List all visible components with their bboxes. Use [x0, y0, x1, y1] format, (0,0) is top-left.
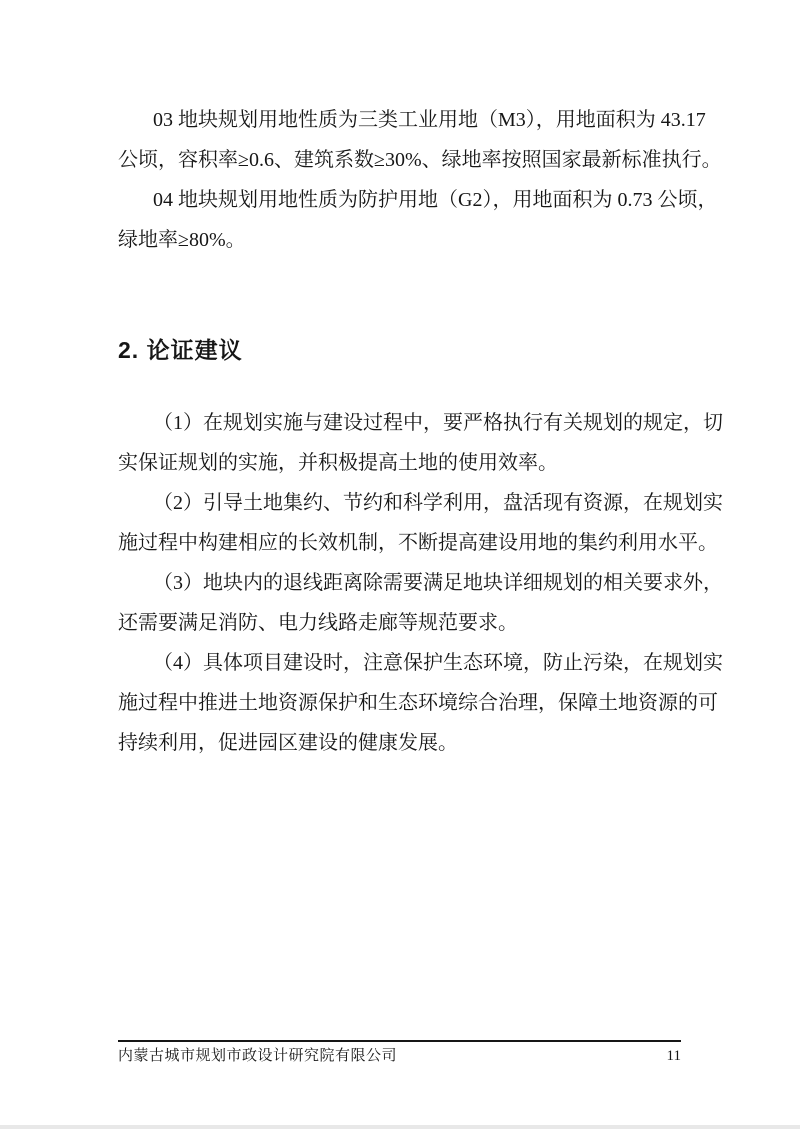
page-content: 03 地块规划用地性质为三类工业用地（M3），用地面积为 43.17 公顷，容积…	[118, 100, 680, 763]
text-line: 03 地块规划用地性质为三类工业用地（M3），用地面积为 43.17	[118, 100, 680, 140]
text-line: 实保证规划的实施，并积极提高土地的使用效率。	[118, 443, 680, 483]
paragraph-plot-03: 03 地块规划用地性质为三类工业用地（M3），用地面积为 43.17 公顷，容积…	[118, 100, 680, 180]
text-line: 施过程中推进土地资源保护和生态环境综合治理，保障土地资源的可	[118, 683, 680, 723]
text-line: （4）具体项目建设时，注意保护生态环境，防止污染，在规划实	[118, 643, 680, 683]
recommendation-paragraph-2: （2）引导土地集约、节约和科学利用，盘活现有资源，在规划实 施过程中构建相应的长…	[118, 483, 680, 563]
recommendation-paragraph-4: （4）具体项目建设时，注意保护生态环境，防止污染，在规划实 施过程中推进土地资源…	[118, 643, 680, 763]
text-line: （1）在规划实施与建设过程中，要严格执行有关规划的规定，切	[118, 403, 680, 443]
recommendation-paragraph-3: （3）地块内的退线距离除需要满足地块详细规划的相关要求外， 还需要满足消防、电力…	[118, 563, 680, 643]
text-line: 04 地块规划用地性质为防护用地（G2），用地面积为 0.73 公顷，	[118, 180, 680, 220]
paragraph-plot-04: 04 地块规划用地性质为防护用地（G2），用地面积为 0.73 公顷， 绿地率≥…	[118, 180, 680, 260]
text-line: 还需要满足消防、电力线路走廊等规范要求。	[118, 603, 680, 643]
document-page: 03 地块规划用地性质为三类工业用地（M3），用地面积为 43.17 公顷，容积…	[0, 0, 800, 1129]
text-line: 施过程中构建相应的长效机制，不断提高建设用地的集约利用水平。	[118, 523, 680, 563]
text-line: （2）引导土地集约、节约和科学利用，盘活现有资源，在规划实	[118, 483, 680, 523]
footer-company-name: 内蒙古城市规划市政设计研究院有限公司	[118, 1047, 397, 1065]
page-bottom-edge	[0, 1125, 800, 1129]
section-heading: 2. 论证建议	[118, 330, 680, 370]
text-line: 持续利用，促进园区建设的健康发展。	[118, 723, 680, 763]
page-number: 11	[667, 1047, 681, 1065]
text-line: （3）地块内的退线距离除需要满足地块详细规划的相关要求外，	[118, 563, 680, 603]
recommendation-paragraph-1: （1）在规划实施与建设过程中，要严格执行有关规划的规定，切 实保证规划的实施，并…	[118, 403, 680, 483]
text-line: 公顷，容积率≥0.6、建筑系数≥30%、绿地率按照国家最新标准执行。	[118, 140, 680, 180]
text-line: 绿地率≥80%。	[118, 220, 680, 260]
page-footer: 内蒙古城市规划市政设计研究院有限公司 11	[118, 1040, 681, 1065]
